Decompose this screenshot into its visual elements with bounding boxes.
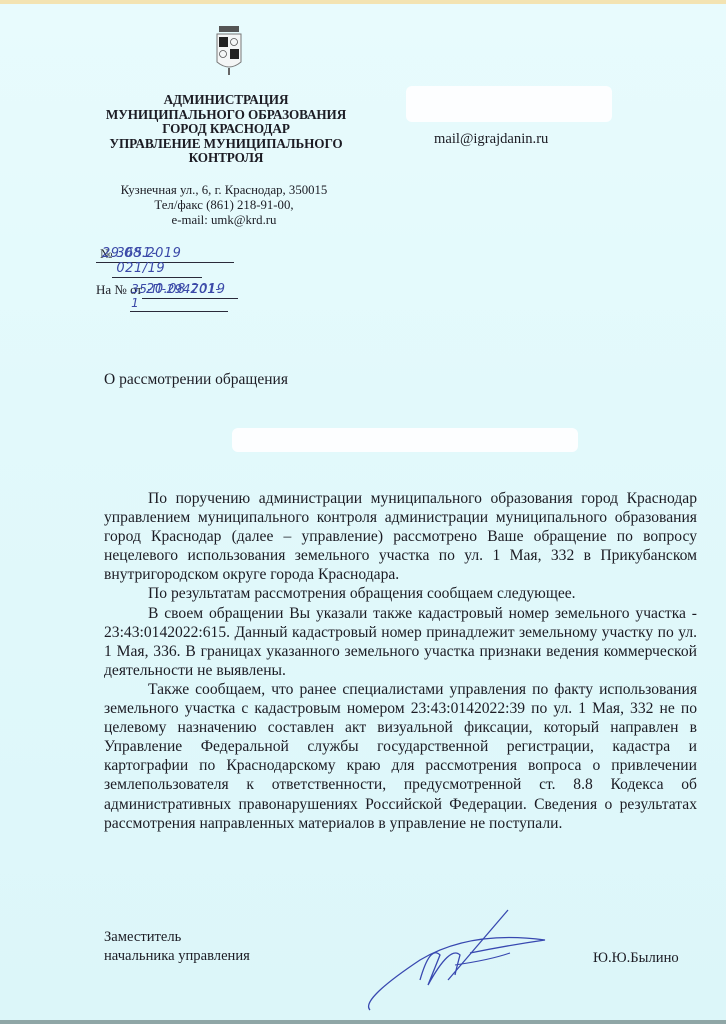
header-line: МУНИЦИПАЛЬНОГО ОБРАЗОВАНИЯ — [92, 108, 360, 123]
body-paragraph: По результатам рассмотрения обращения со… — [104, 584, 697, 603]
signatory-name: Ю.Ю.Былино — [593, 950, 679, 967]
ref-label: На № — [96, 282, 127, 297]
bottom-edge — [0, 1020, 726, 1024]
letter-body: По поручению администрации муниципальног… — [104, 489, 697, 833]
coat-of-arms-icon — [214, 24, 244, 78]
organization-contacts: Кузнечная ул., 6, г. Краснодар, 350015 Т… — [60, 183, 388, 228]
position-line: начальника управления — [104, 947, 250, 966]
letter-subject: О рассмотрении обращения — [104, 371, 288, 389]
phone: Тел/факс (861) 218-91-00, — [60, 198, 388, 213]
header-line: УПРАВЛЕНИЕ МУНИЦИПАЛЬНОГО — [92, 137, 360, 152]
org-email: e-mail: umk@krd.ru — [60, 213, 388, 228]
signatory-position: Заместитель начальника управления — [104, 928, 250, 966]
outgoing-registration: 29.08.2019 № 3651-021/19 — [96, 246, 366, 262]
incoming-reference: На № 35-П-294701-1от 20.08.2019 — [96, 282, 376, 298]
header-line: КОНТРОЛЯ — [92, 151, 360, 166]
address: Кузнечная ул., 6, г. Краснодар, 350015 — [60, 183, 388, 198]
body-paragraph: Также сообщаем, что ранее специалистами … — [104, 680, 697, 833]
body-paragraph: В своем обращении Вы указали также кадас… — [104, 604, 697, 680]
outgoing-number: 3651-021/19 — [112, 246, 202, 278]
ref-date: 20.08.2019 — [142, 282, 238, 299]
recipient-email: mail@igrajdanin.ru — [434, 131, 548, 148]
redacted-recipient-name — [406, 86, 612, 122]
handwritten-signature — [360, 905, 570, 1015]
header-line: АДМИНИСТРАЦИЯ — [92, 93, 360, 108]
header-line: ГОРОД КРАСНОДАР — [92, 122, 360, 137]
position-line: Заместитель — [104, 928, 250, 947]
top-edge — [0, 0, 726, 4]
body-paragraph: По поручению администрации муниципальног… — [104, 489, 697, 584]
organization-header: АДМИНИСТРАЦИЯ МУНИЦИПАЛЬНОГО ОБРАЗОВАНИЯ… — [92, 93, 360, 166]
redacted-addressee — [232, 428, 578, 452]
